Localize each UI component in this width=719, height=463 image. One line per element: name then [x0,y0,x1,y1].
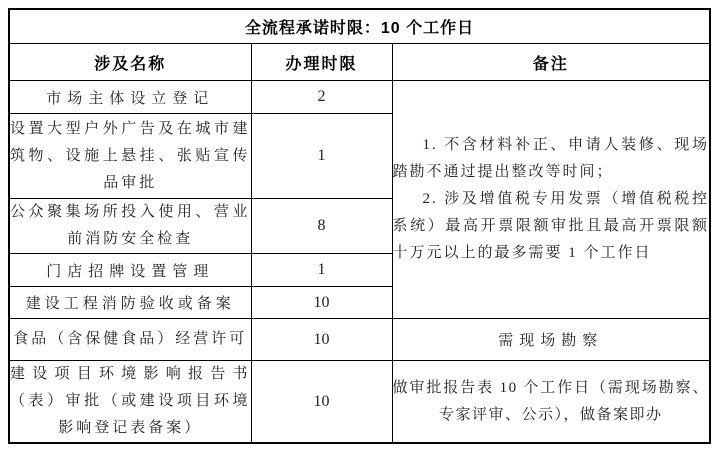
time-limit-cell: 10 [251,361,392,444]
item-name-cell: 食品（含保健食品）经营许可 [9,319,251,361]
table-row: 市场主体设立登记 2 1. 不含材料补正、申请人装修、现场踏勘不通过提出整改等时… [9,81,710,114]
remark-note-2: 2. 涉及增值税专用发票（增值税税控系统）最高开票限额审批且最高开票限额十万元以… [393,186,710,267]
remark-note-1: 1. 不含材料补正、申请人装修、现场踏勘不通过提出整改等时间； [393,132,710,186]
table-row: 食品（含保健食品）经营许可 10 需现场勘察 [9,319,710,361]
table-title: 全流程承诺时限：10 个工作日 [9,9,710,44]
time-limit-cell: 10 [251,287,392,319]
column-header-remark: 备注 [392,44,710,81]
column-header-name: 涉及名称 [9,44,251,81]
item-name-cell: 公众聚集场所投入使用、营业前消防安全检查 [9,199,251,254]
time-limit-cell: 2 [251,81,392,114]
item-name-text: 建设项目环境影响报告书（表）审批（或建设项目环境影响登记表备案） [10,361,251,442]
table-row: 建设项目环境影响报告书（表）审批（或建设项目环境影响登记表备案） 10 做审批报… [9,361,710,444]
item-name-cell: 设置大型户外广告及在城市建筑物、设施上悬挂、张贴宣传品审批 [9,114,251,199]
time-limit-cell: 1 [251,114,392,199]
column-header-time-limit: 办理时限 [251,44,392,81]
remark-text: 做审批报告表 10 个工作日（需现场勘察、专家评审、公示），做备案即办 [393,375,710,429]
table-title-row: 全流程承诺时限：10 个工作日 [9,9,710,44]
item-name-cell: 门店招牌设置管理 [9,254,251,287]
table-header-row: 涉及名称 办理时限 备注 [9,44,710,81]
item-name-cell: 建设工程消防验收或备案 [9,287,251,319]
time-limit-cell: 8 [251,199,392,254]
item-name-text: 食品（含保健食品）经营许可 [10,329,251,350]
item-name-cell: 建设项目环境影响报告书（表）审批（或建设项目环境影响登记表备案） [9,361,251,444]
item-name-text: 设置大型户外广告及在城市建筑物、设施上悬挂、张贴宣传品审批 [10,116,251,197]
merged-remark-cell: 1. 不含材料补正、申请人装修、现场踏勘不通过提出整改等时间； 2. 涉及增值税… [392,81,710,319]
item-name-text: 公众聚集场所投入使用、营业前消防安全检查 [10,199,251,253]
remark-cell: 做审批报告表 10 个工作日（需现场勘察、专家评审、公示），做备案即办 [392,361,710,444]
time-limit-cell: 10 [251,319,392,361]
remark-cell: 需现场勘察 [392,319,710,361]
promise-time-limit-table: 全流程承诺时限：10 个工作日 涉及名称 办理时限 备注 市场主体设立登记 2 … [8,8,711,444]
document-page: 全流程承诺时限：10 个工作日 涉及名称 办理时限 备注 市场主体设立登记 2 … [0,0,719,463]
time-limit-cell: 1 [251,254,392,287]
item-name-cell: 市场主体设立登记 [9,81,251,114]
